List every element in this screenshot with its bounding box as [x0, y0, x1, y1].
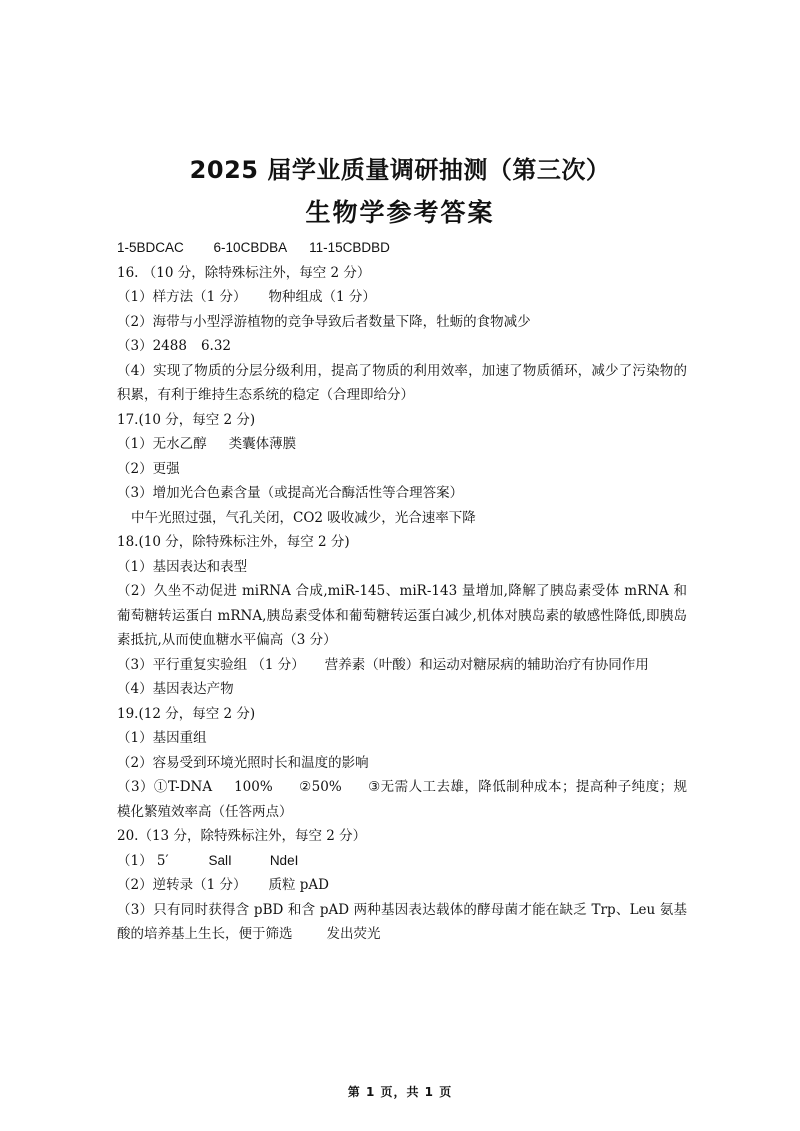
q19-answer-1: （1）基因重组 — [117, 726, 687, 751]
q16-a1: （1）样方法（1 分） — [117, 289, 246, 305]
q19-a3-part2: 100% — [234, 779, 273, 795]
q17-a1b: 类囊体薄膜 — [229, 436, 297, 452]
q18-header: 18.(10 分，除特殊标注外，每空 2 分) — [117, 530, 687, 555]
q20-a2: （2）逆转录（1 分） — [117, 877, 246, 893]
answer-key-page: 2025 届学业质量调研抽测（第三次） 生物学参考答案 1-5BDCAC 6-1… — [0, 0, 800, 1131]
q18-answer-2: （2）久坐不动促进 miRNA 合成,miR-145、miR-143 量增加,降… — [117, 579, 687, 653]
q20-a1b: SalI — [209, 853, 232, 868]
q16-a3: （3）2488 — [117, 338, 187, 354]
q18-a3b: 营养素（叶酸）和运动对糖尿病的辅助治疗有协同作用 — [325, 657, 649, 673]
q16-a1b: 物种组成（1 分） — [268, 289, 375, 305]
q19-header: 19.(12 分，每空 2 分) — [117, 702, 687, 727]
q16-answer-4: （4）实现了物质的分层分级利用，提高了物质的利用效率，加速了物质循环，减少了污染… — [117, 359, 687, 408]
q20-a1: （1） 5′ — [117, 853, 169, 869]
mc-group-1: 1-5BDCAC — [117, 236, 184, 261]
page-number-footer: 第 1 页，共 1 页 — [0, 1083, 800, 1100]
q20-header: 20.（13 分，除特殊标注外，每空 2 分） — [117, 824, 687, 849]
q17-answer-3b: 中午光照过强，气孔关闭，CO2 吸收减少，光合速率下降 — [117, 506, 687, 531]
q18-answer-3: （3）平行重复实验组 （1 分）营养素（叶酸）和运动对糖尿病的辅助治疗有协同作用 — [117, 653, 687, 678]
mc-group-2: 6-10CBDBA — [214, 236, 288, 261]
q16-a3b: 6.32 — [201, 338, 231, 354]
multiple-choice-answers: 1-5BDCAC 6-10CBDBA11-15CBDBD — [117, 236, 687, 261]
document-subtitle: 生物学参考答案 — [0, 193, 800, 229]
q20-a2b: 质粒 pAD — [268, 877, 329, 893]
q18-answer-1: （1）基因表达和表型 — [117, 555, 687, 580]
answer-content: 1-5BDCAC 6-10CBDBA11-15CBDBD 16. （10 分，除… — [117, 236, 687, 947]
q19-answer-3: （3）①T-DNA100%②50%③无需人工去雄，降低制种成本；提高种子纯度；规… — [117, 775, 687, 824]
q20-answer-2: （2）逆转录（1 分）质粒 pAD — [117, 873, 687, 898]
q17-header: 17.(10 分，每空 2 分) — [117, 408, 687, 433]
q17-answer-3: （3）增加光合色素含量（或提高光合酶活性等合理答案） — [117, 481, 687, 506]
q18-answer-4: （4）基因表达产物 — [117, 677, 687, 702]
q19-a3-part3: ②50% — [299, 779, 342, 795]
q16-header: 16. （10 分，除特殊标注外，每空 2 分） — [117, 261, 687, 286]
mc-group-3: 11-15CBDBD — [309, 236, 390, 261]
q20-a1c: NdeI — [270, 853, 299, 868]
q16-answer-1: （1）样方法（1 分）物种组成（1 分） — [117, 285, 687, 310]
q16-answer-3: （3）24886.32 — [117, 334, 687, 359]
q19-a3-part1: （3）①T-DNA — [117, 779, 212, 795]
q19-answer-2: （2）容易受到环境光照时长和温度的影响 — [117, 751, 687, 776]
document-title: 2025 届学业质量调研抽测（第三次） — [0, 150, 800, 185]
q17-answer-2: （2）更强 — [117, 457, 687, 482]
q20-a3: （3）只有同时获得含 pBD 和含 pAD 两种基因表达载体的酵母菌才能在缺乏 … — [117, 902, 687, 943]
q20-a3b: 发出荧光 — [327, 926, 381, 942]
q16-answer-2: （2）海带与小型浮游植物的竞争导致后者数量下降，牡蛎的食物减少 — [117, 310, 687, 335]
q17-answer-1: （1）无水乙醇类囊体薄膜 — [117, 432, 687, 457]
q18-a3: （3）平行重复实验组 （1 分） — [117, 657, 305, 673]
q20-answer-3: （3）只有同时获得含 pBD 和含 pAD 两种基因表达载体的酵母菌才能在缺乏 … — [117, 898, 687, 947]
q17-a1: （1）无水乙醇 — [117, 436, 207, 452]
q20-answer-1: （1） 5′SalINdeI — [117, 849, 687, 874]
